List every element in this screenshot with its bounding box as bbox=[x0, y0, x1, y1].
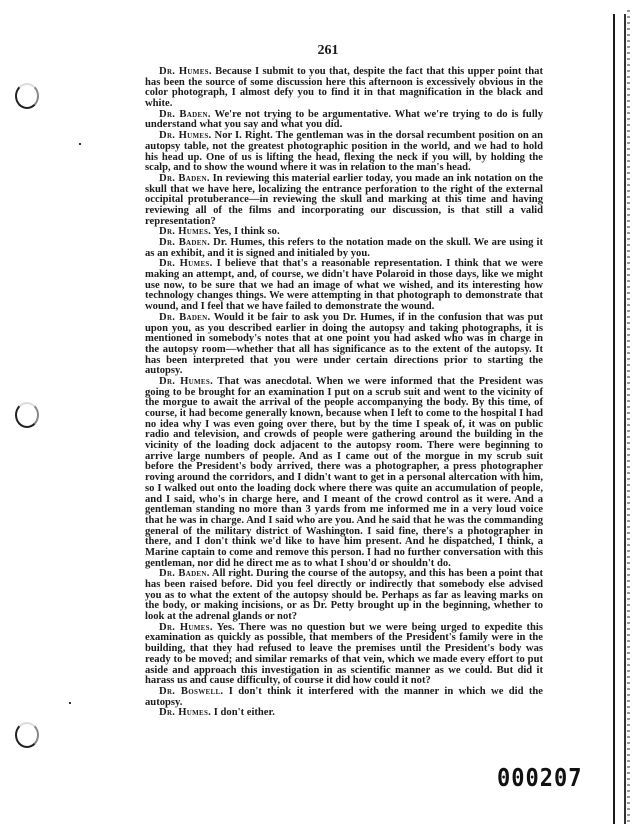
paragraph: Dr. Humes. Because I submit to you that,… bbox=[145, 67, 543, 110]
binder-hole-bottom bbox=[15, 722, 39, 748]
paragraph: Dr. Humes. That was anecdotal. When we w… bbox=[145, 377, 543, 569]
speaker-name: Dr. Humes. bbox=[159, 707, 211, 718]
paragraph: Dr. Humes. Yes. There was no question bu… bbox=[145, 623, 543, 687]
paragraph: Dr. Baden. All right. During the course … bbox=[145, 569, 543, 622]
paragraph-text: That was anecdotal. When we were informe… bbox=[145, 376, 543, 569]
scan-speck bbox=[79, 143, 81, 145]
page-edge-inner bbox=[613, 14, 615, 824]
paragraph: Dr. Baden. Dr. Humes, this refers to the… bbox=[145, 238, 543, 259]
speaker-name: Dr. Humes. bbox=[159, 376, 213, 387]
speaker-name: Dr. Humes. bbox=[159, 258, 213, 269]
speaker-name: Dr. Baden. bbox=[159, 109, 211, 120]
speaker-name: Dr. Baden. bbox=[159, 568, 210, 579]
page-edge-outer bbox=[624, 14, 626, 824]
scan-speck bbox=[69, 702, 71, 704]
transcript-body: Dr. Humes. Because I submit to you that,… bbox=[145, 67, 543, 719]
paragraph: Dr. Humes. I don't either. bbox=[145, 708, 543, 719]
speaker-name: Dr. Boswell. bbox=[159, 686, 223, 697]
page-edge-shadow bbox=[627, 10, 630, 824]
bates-stamp: 000207 bbox=[497, 764, 582, 793]
paragraph: Dr. Baden. We're not trying to be argume… bbox=[145, 110, 543, 131]
paragraph-text: Yes, I think so. bbox=[211, 226, 280, 237]
page-number: 261 bbox=[0, 43, 640, 59]
speaker-name: Dr. Baden. bbox=[159, 312, 210, 323]
paragraph: Dr. Humes. Nor I. Right. The gentleman w… bbox=[145, 131, 543, 174]
paragraph: Dr. Baden. Would it be fair to ask you D… bbox=[145, 313, 543, 377]
paragraph: Dr. Humes. I believe that that's a reaso… bbox=[145, 259, 543, 312]
paragraph-text: I don't either. bbox=[211, 707, 275, 718]
speaker-name: Dr. Humes. bbox=[159, 130, 212, 141]
speaker-name: Dr. Baden. bbox=[159, 173, 210, 184]
paragraph: Dr. Baden. In reviewing this material ea… bbox=[145, 174, 543, 227]
binder-hole-top bbox=[15, 83, 39, 109]
paragraph: Dr. Boswell. I don't think it interfered… bbox=[145, 687, 543, 708]
speaker-name: Dr. Humes. bbox=[159, 226, 211, 237]
speaker-name: Dr. Humes. bbox=[159, 622, 213, 633]
speaker-name: Dr. Humes. bbox=[159, 66, 212, 77]
speaker-name: Dr. Baden. bbox=[159, 237, 210, 248]
binder-hole-middle bbox=[15, 402, 39, 428]
